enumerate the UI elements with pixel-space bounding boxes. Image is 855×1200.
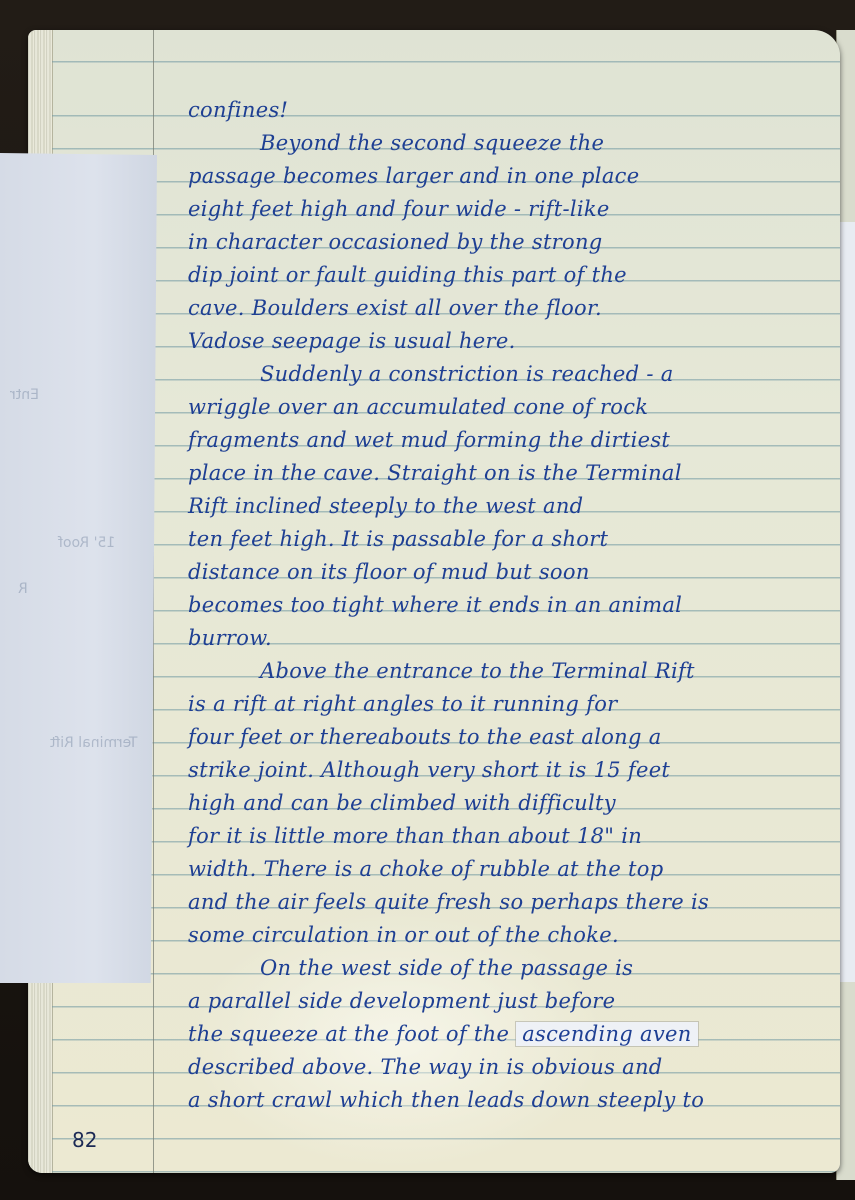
text-line: a parallel side development just before: [188, 985, 828, 1018]
text-line: On the west side of the passage is: [188, 952, 828, 985]
text-line: cave. Boulders exist all over the floor.: [188, 292, 828, 325]
ghost-text: R: [18, 581, 28, 597]
text-line: a short crawl which then leads down stee…: [188, 1084, 828, 1117]
pasted-correction-slip: ascending aven: [516, 1022, 697, 1046]
page-number: 82: [72, 1128, 97, 1152]
photo-scene: confines! Beyond the second squeeze the …: [0, 0, 855, 1200]
text-line: eight feet high and four wide - rift-lik…: [188, 193, 828, 226]
ghost-text: 15' Roof: [58, 535, 115, 551]
text-line: and the air feels quite fresh so perhaps…: [188, 886, 828, 919]
text-line: dip joint or fault guiding this part of …: [188, 259, 828, 292]
text-line: becomes too tight where it ends in an an…: [188, 589, 828, 622]
text-line: fragments and wet mud forming the dirtie…: [188, 424, 828, 457]
text-line: width. There is a choke of rubble at the…: [188, 853, 828, 886]
text-line: ten feet high. It is passable for a shor…: [188, 523, 828, 556]
ghost-text: Terminal Rift: [50, 735, 137, 751]
text-line: strike joint. Although very short it is …: [188, 754, 828, 787]
text-line-with-slip: the squeeze at the foot of the ascending…: [188, 1018, 828, 1051]
text-line: some circulation in or out of the choke.: [188, 919, 828, 952]
handwritten-text: confines! Beyond the second squeeze the …: [188, 94, 828, 1117]
text-line: high and can be climbed with difficulty: [188, 787, 828, 820]
text-line: wriggle over an accumulated cone of rock: [188, 391, 828, 424]
text-line: Rift inclined steeply to the west and: [188, 490, 828, 523]
text-fragment: the squeeze at the foot of the: [188, 1022, 509, 1046]
text-line: confines!: [188, 94, 828, 127]
text-line: is a rift at right angles to it running …: [188, 688, 828, 721]
adjacent-page-insert: [838, 222, 855, 982]
ghost-text: Entr: [10, 387, 39, 403]
text-line: burrow.: [188, 622, 828, 655]
text-line: described above. The way in is obvious a…: [188, 1051, 828, 1084]
text-line: Vadose seepage is usual here.: [188, 325, 828, 358]
text-line: distance on its floor of mud but soon: [188, 556, 828, 589]
loose-insert-sheet: Entr 15' Roof R Terminal Rift: [0, 153, 157, 983]
text-line: place in the cave. Straight on is the Te…: [188, 457, 828, 490]
text-line: four feet or thereabouts to the east alo…: [188, 721, 828, 754]
text-line: Suddenly a constriction is reached - a: [188, 358, 828, 391]
text-line: Above the entrance to the Terminal Rift: [188, 655, 828, 688]
text-line: Beyond the second squeeze the: [188, 127, 828, 160]
text-line: passage becomes larger and in one place: [188, 160, 828, 193]
text-line: in character occasioned by the strong: [188, 226, 828, 259]
text-line: for it is little more than than about 18…: [188, 820, 828, 853]
